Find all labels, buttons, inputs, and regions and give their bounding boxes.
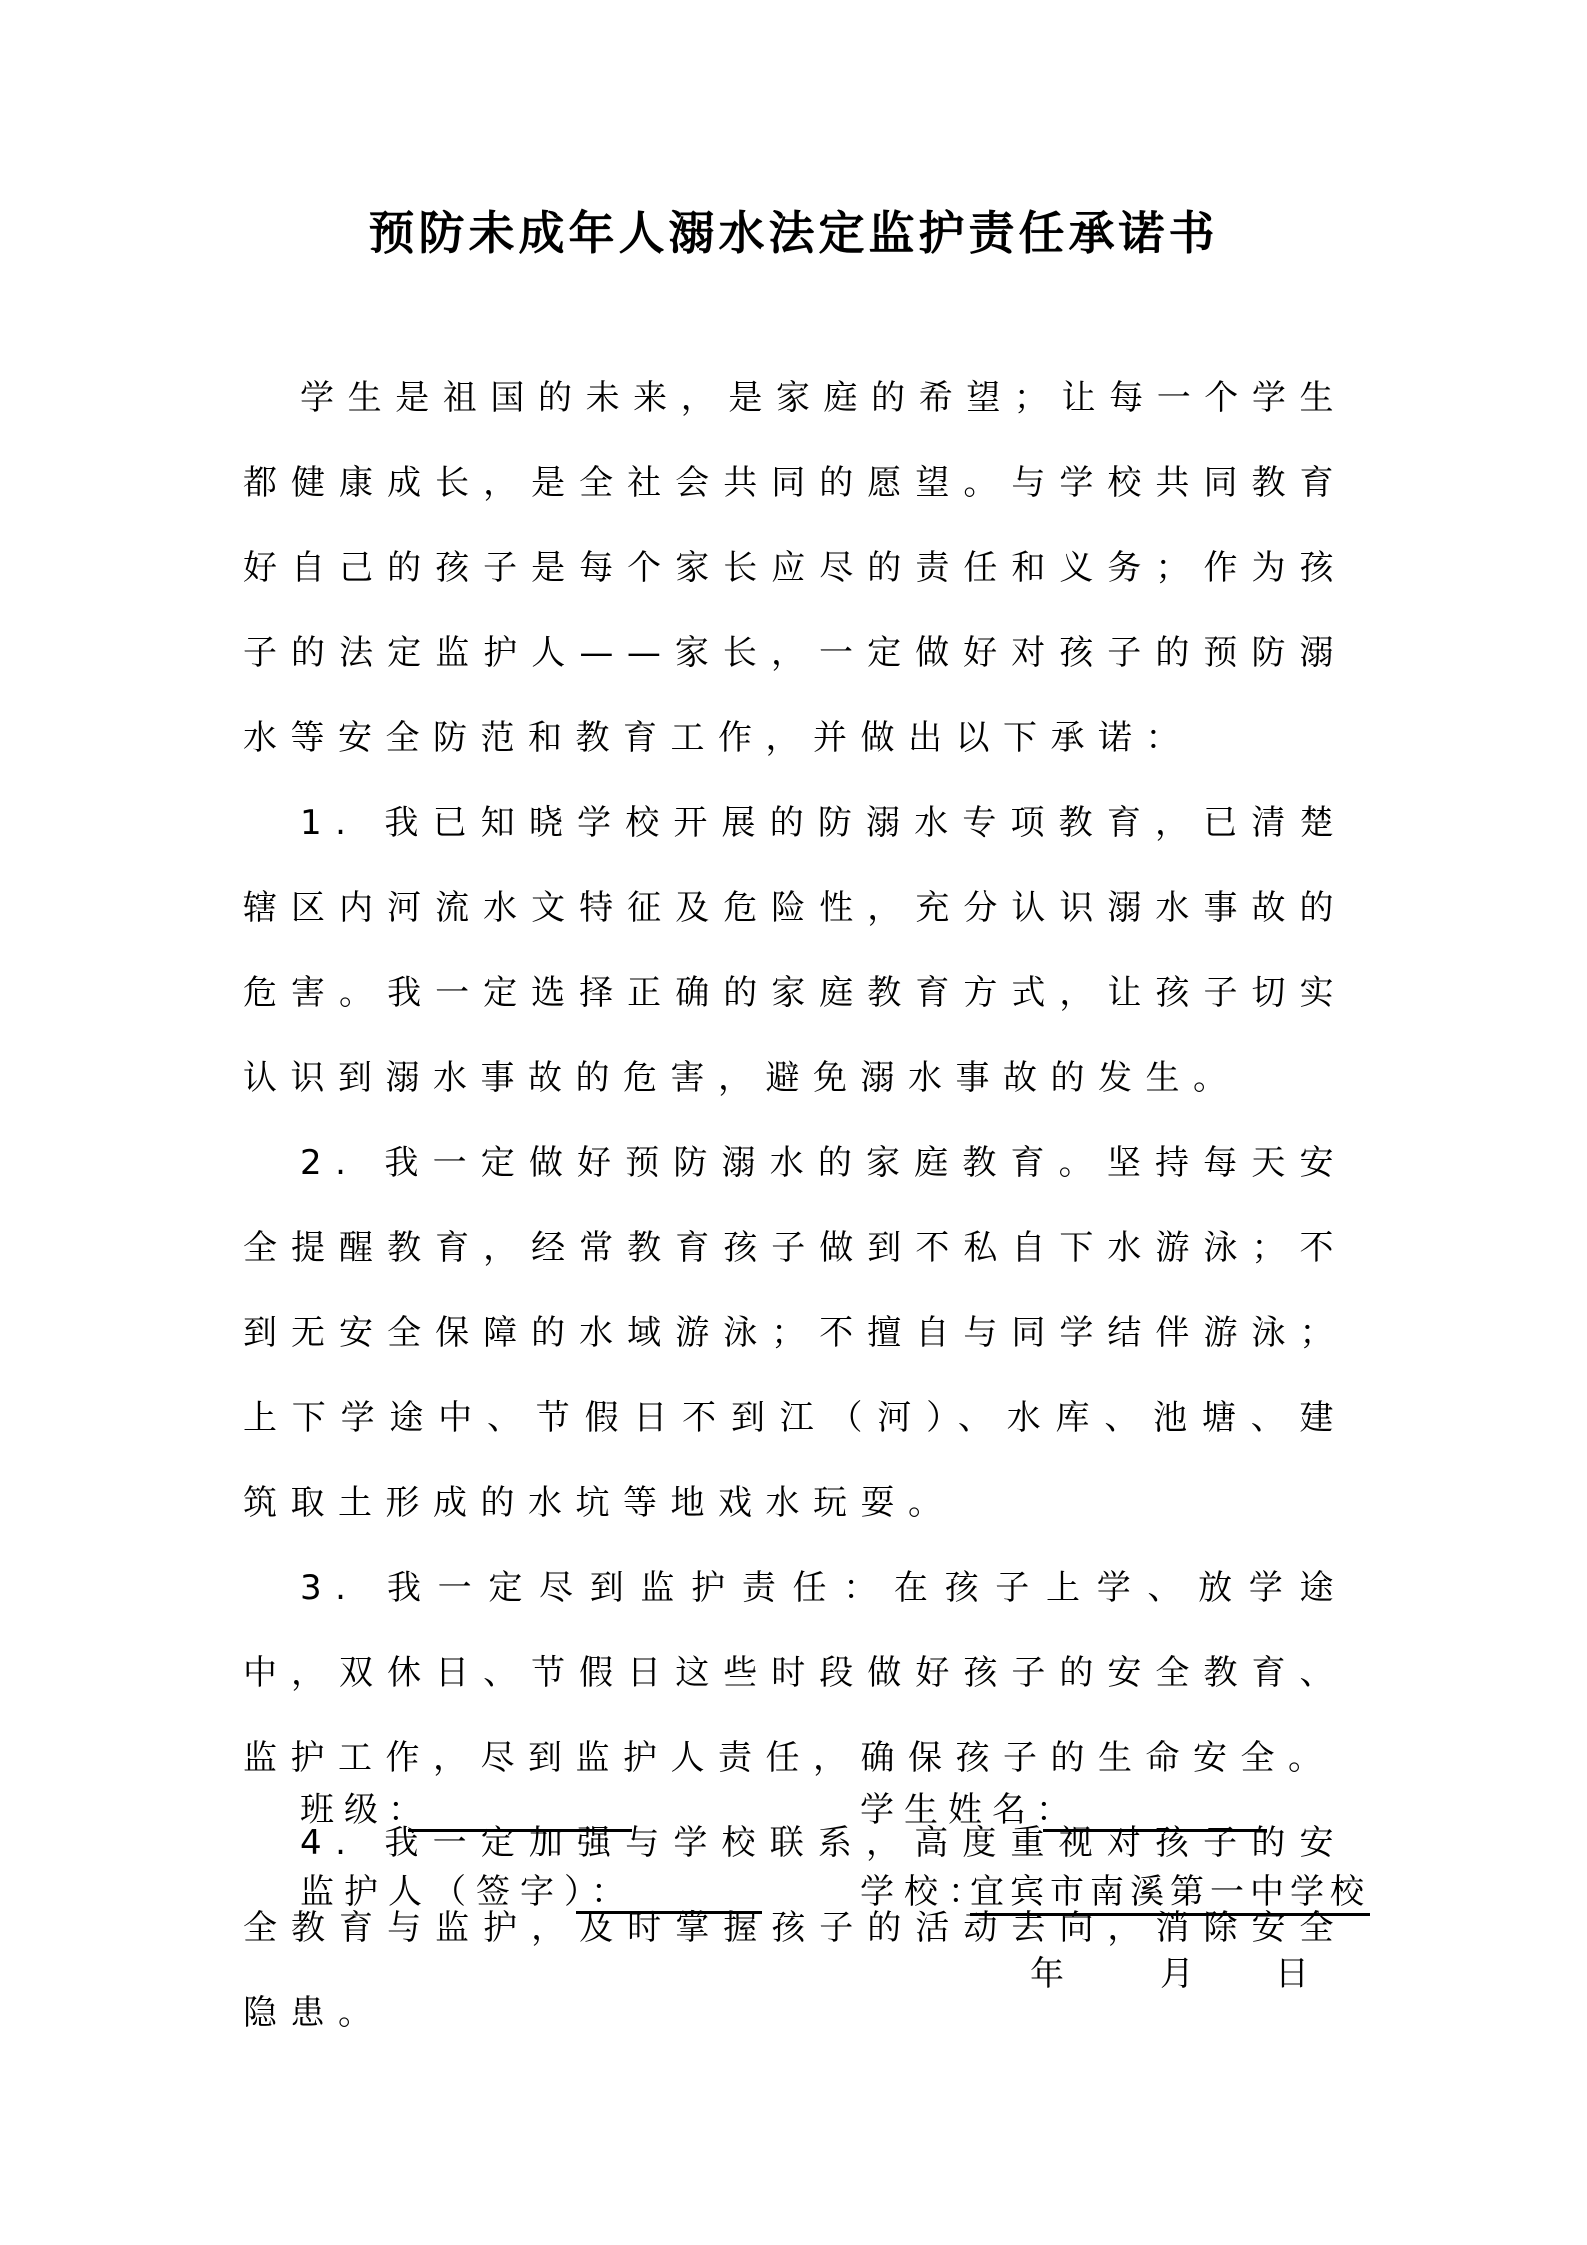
date-year-label: 年 [1030, 1944, 1074, 2004]
document-page: 预防未成年人溺水法定监护责任承诺书 学生是祖国的未来，是家庭的希望；让每一个学生… [0, 0, 1587, 2245]
date-month-label: 月 [1160, 1944, 1204, 2004]
commitment-item-2: 2. 我一定做好预防溺水的家庭教育。坚持每天安全提醒教育，经常教育孩子做到不私自… [243, 1121, 1347, 1546]
date-day-label: 日 [1275, 1944, 1319, 2004]
commitment-item-1: 1. 我已知晓学校开展的防溺水专项教育，已清楚辖区内河流水文特征及危险性，充分认… [243, 781, 1347, 1121]
guardian-signature-field[interactable] [576, 1911, 762, 1914]
commitment-item-3: 3. 我一定尽到监护责任：在孩子上学、放学途中，双休日、节假日这些时段做好孩子的… [243, 1546, 1347, 1801]
date-row: 年 月 日 [0, 1944, 1587, 2004]
signature-row-2: 监护人（签字）： 学校： 宜宾市南溪第一中学校 [0, 1862, 1587, 1922]
school-name: 宜宾市南溪第一中学校 [970, 1862, 1370, 1922]
student-name-field[interactable] [1043, 1829, 1267, 1832]
signature-row-1: 班级： 学生姓名： [0, 1780, 1587, 1840]
document-title: 预防未成年人溺水法定监护责任承诺书 [0, 198, 1587, 268]
intro-paragraph: 学生是祖国的未来，是家庭的希望；让每一个学生都健康成长，是全社会共同的愿望。与学… [243, 356, 1347, 781]
class-field[interactable] [408, 1829, 632, 1832]
